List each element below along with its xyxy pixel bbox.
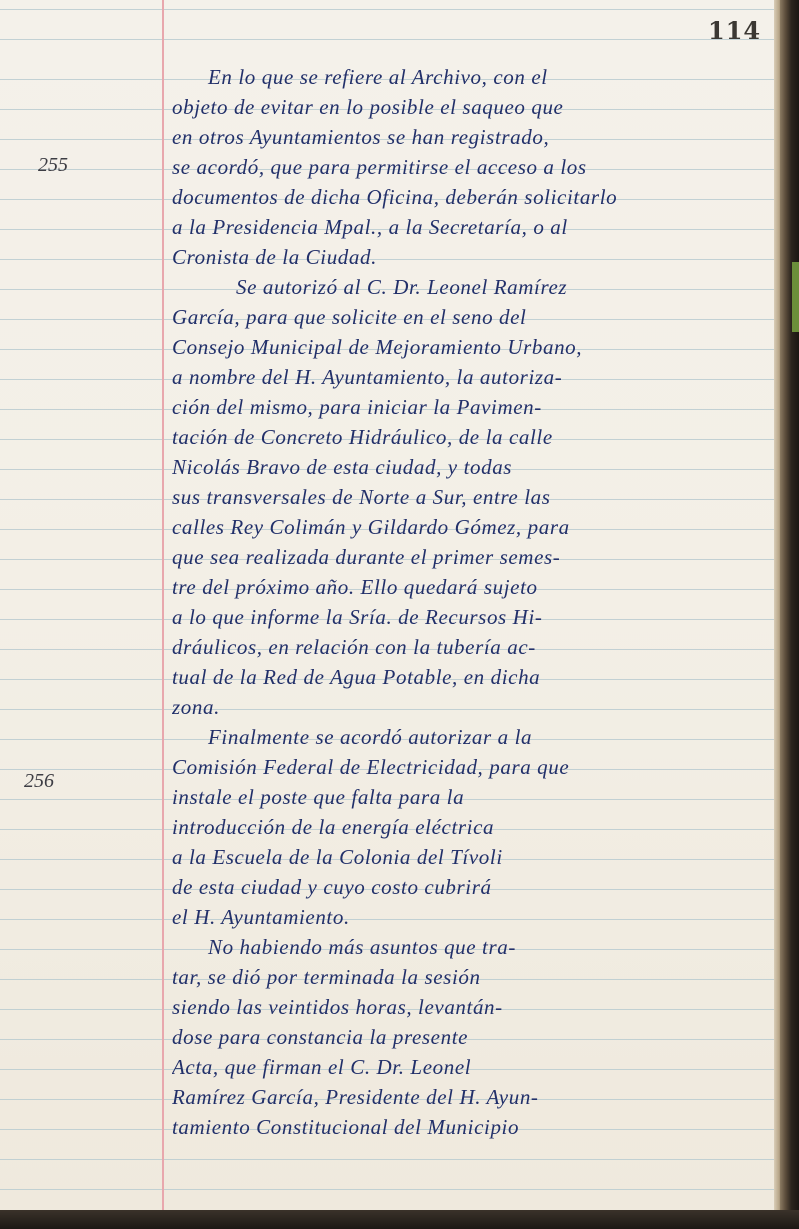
text-line: No habiendo más asuntos que tra- [172, 932, 772, 962]
text-line: tar, se dió por terminada la sesión [172, 962, 772, 992]
text-line: En lo que se refiere al Archivo, con el [172, 62, 772, 92]
text-line: dose para constancia la presente [172, 1022, 772, 1052]
text-line: García, para que solicite en el seno del [172, 302, 772, 332]
text-line: Ramírez García, Presidente del H. Ayun- [172, 1082, 772, 1112]
ledger-page: 114 255 256 En lo que se refiere al Arch… [0, 0, 780, 1210]
text-line: Finalmente se acordó autorizar a la [172, 722, 772, 752]
page-number: 114 [708, 16, 761, 45]
margin-note-255: 255 [38, 154, 68, 177]
text-line: que sea realizada durante el primer seme… [172, 542, 772, 572]
text-line: siendo las veintidos horas, levantán- [172, 992, 772, 1022]
text-line: a lo que informe la Sría. de Recursos Hi… [172, 602, 772, 632]
text-line: Nicolás Bravo de esta ciudad, y todas [172, 452, 772, 482]
book-binding [780, 0, 799, 1229]
margin-note-256: 256 [24, 770, 54, 793]
book-bottom-edge [0, 1210, 799, 1229]
text-line: calles Rey Colimán y Gildardo Gómez, par… [172, 512, 772, 542]
text-line: Se autorizó al C. Dr. Leonel Ramírez [172, 272, 772, 302]
text-line: en otros Ayuntamientos se han registrado… [172, 122, 772, 152]
text-line: el H. Ayuntamiento. [172, 902, 772, 932]
text-line: objeto de evitar en lo posible el saqueo… [172, 92, 772, 122]
text-line: tación de Concreto Hidráulico, de la cal… [172, 422, 772, 452]
text-line: se acordó, que para permitirse el acceso… [172, 152, 772, 182]
text-line: zona. [172, 692, 772, 722]
text-line: Cronista de la Ciudad. [172, 242, 772, 272]
text-line: de esta ciudad y cuyo costo cubrirá [172, 872, 772, 902]
text-line: a nombre del H. Ayuntamiento, la autoriz… [172, 362, 772, 392]
text-line: Acta, que firman el C. Dr. Leonel [172, 1052, 772, 1082]
text-line: a la Presidencia Mpal., a la Secretaría,… [172, 212, 772, 242]
text-line: instale el poste que falta para la [172, 782, 772, 812]
text-line: documentos de dicha Oficina, deberán sol… [172, 182, 772, 212]
text-line: sus transversales de Norte a Sur, entre … [172, 482, 772, 512]
text-line: tual de la Red de Agua Potable, en dicha [172, 662, 772, 692]
text-line: tre del próximo año. Ello quedará sujeto [172, 572, 772, 602]
background-foliage [792, 262, 799, 332]
red-margin-line [162, 0, 164, 1210]
text-line: ción del mismo, para iniciar la Pavimen- [172, 392, 772, 422]
text-line: tamiento Constitucional del Municipio [172, 1112, 772, 1142]
text-line: Consejo Municipal de Mejoramiento Urbano… [172, 332, 772, 362]
text-line: dráulicos, en relación con la tubería ac… [172, 632, 772, 662]
handwritten-text-body: En lo que se refiere al Archivo, con el … [172, 62, 772, 1142]
text-line: a la Escuela de la Colonia del Tívoli [172, 842, 772, 872]
text-line: Comisión Federal de Electricidad, para q… [172, 752, 772, 782]
text-line: introducción de la energía eléctrica [172, 812, 772, 842]
